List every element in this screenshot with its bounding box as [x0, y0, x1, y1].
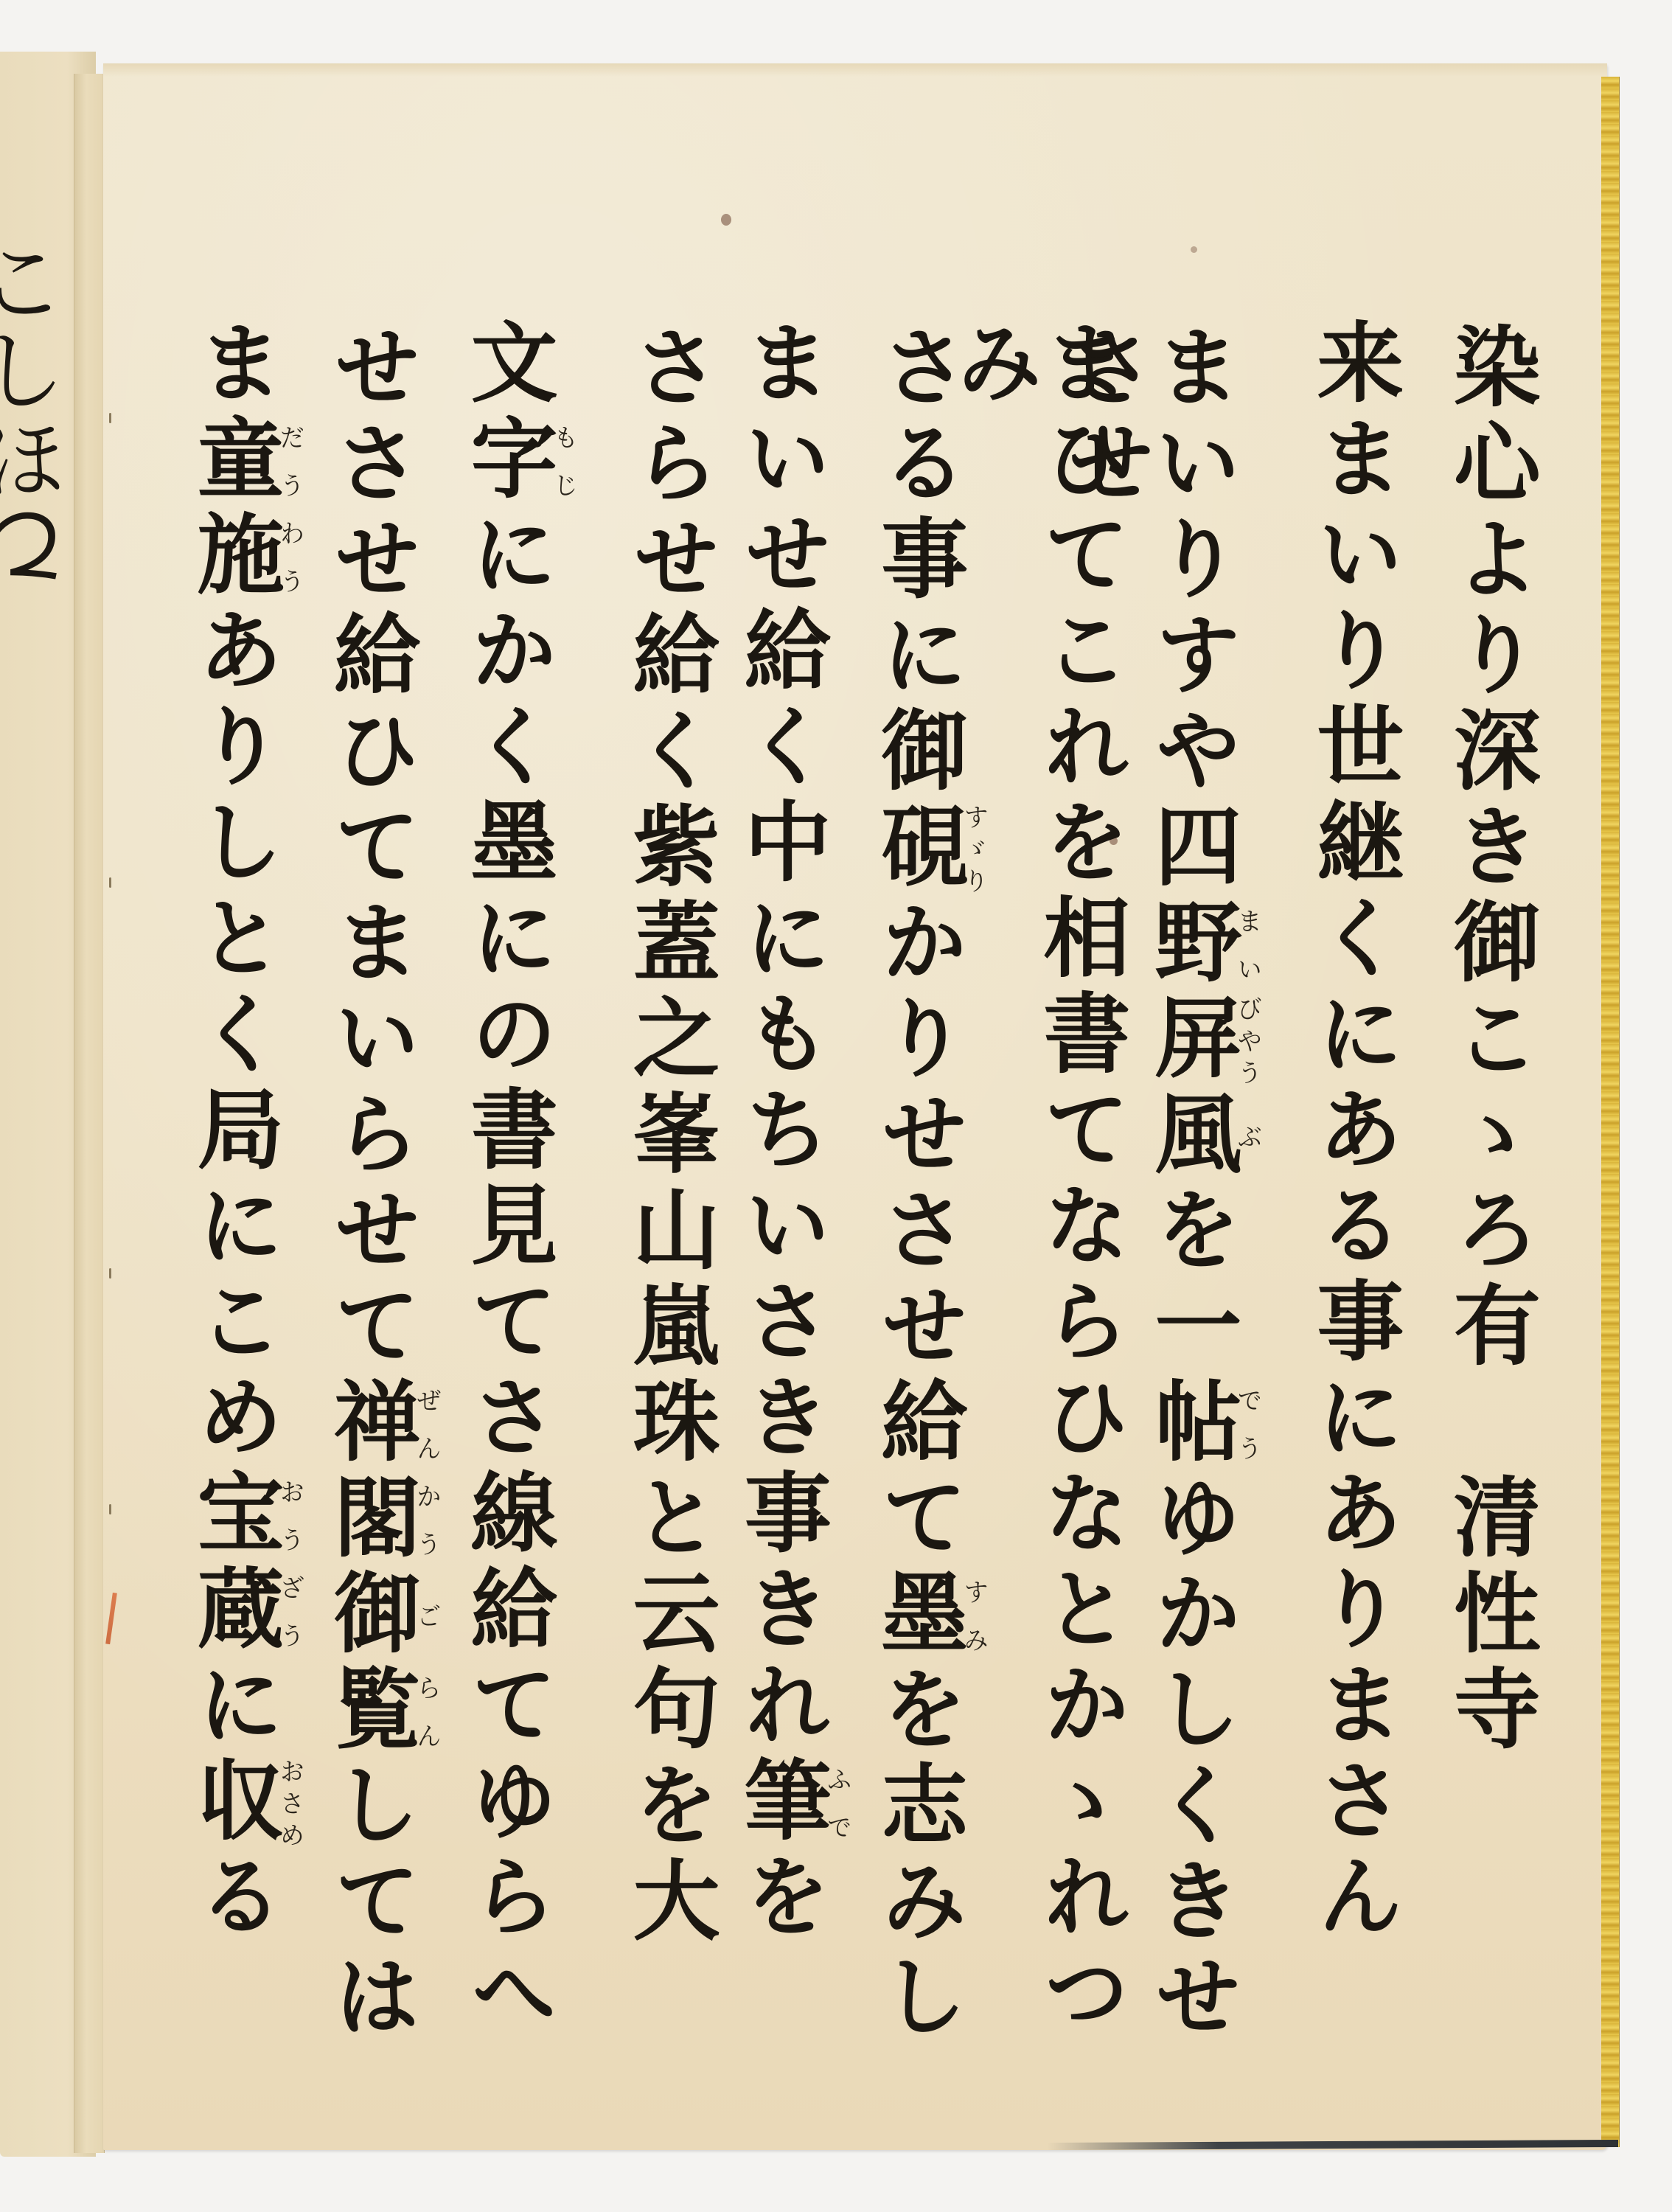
- binding-stitch: [109, 1268, 111, 1279]
- furigana: おう: [275, 1467, 304, 1563]
- furigana: かう: [412, 1472, 442, 1568]
- furigana-annotated-word: 字もじ: [456, 413, 559, 509]
- text-column-1: 染心より深き御こゝろ有 清性寺: [1423, 321, 1533, 2106]
- text-column-10: ま童だう施わうありしとく局にこめ宝おう蔵ざうに収おさめる: [192, 317, 302, 2101]
- text-segment: 局にこめ: [183, 1084, 285, 1467]
- furigana: すみ: [959, 1568, 989, 1663]
- binding-stitch: [109, 1504, 111, 1514]
- text-column-5: さる事に御硯すゞりかりせさせ給て墨すみを志みし: [876, 321, 986, 2106]
- furigana-annotated-word: 筆ふで: [730, 1755, 832, 1851]
- furigana: まい: [1233, 897, 1262, 992]
- furigana: びやう: [1233, 992, 1262, 1088]
- furigana-annotated-word: 覧らん: [319, 1663, 422, 1759]
- furigana-annotated-word: 墨すみ: [866, 1568, 969, 1663]
- text-column-4: まひてこれを相書てならひなとかゝれつみ: [1012, 317, 1123, 2101]
- furigana-annotated-word: 硯すゞり: [866, 801, 969, 897]
- furigana: だう: [275, 413, 304, 509]
- furigana-annotated-word: 野まい: [1140, 897, 1242, 992]
- gilt-page-edge: [1601, 77, 1620, 2147]
- text-segment: を一: [1140, 1184, 1242, 1376]
- furigana: らん: [412, 1663, 442, 1759]
- text-segment: ま: [183, 317, 285, 413]
- text-segment: と云句を大: [619, 1472, 721, 1951]
- binding-stitch: [109, 413, 111, 423]
- furigana: ぶ: [1233, 1088, 1262, 1184]
- paper-stain: [1191, 246, 1197, 253]
- text-segment: る: [183, 1851, 285, 1947]
- text-segment: まいせ給く中にもちいさき事きれ: [730, 317, 832, 1755]
- book-gutter: [74, 74, 105, 2153]
- text-segment: を: [730, 1851, 832, 1947]
- previous-page-text: こしほ𛀁: [0, 236, 59, 590]
- text-column-8: 文字もじにかく墨にの書見てさ線給てゆらへ: [465, 317, 576, 2101]
- paper-stain: [721, 214, 731, 226]
- calligraphy-text-block: 染心より深き御こゝろ有 清性寺 来まいり世継くにある事にありまさん まいりすや四…: [192, 317, 1533, 2101]
- text-segment: せさせ給ひてまいらせて: [319, 321, 422, 1376]
- binding-stitch: [109, 877, 111, 888]
- furigana-annotated-word: 禅ぜん: [319, 1376, 422, 1472]
- text-segment: 染心より深き御こゝろ有 清性寺: [1439, 321, 1542, 1759]
- furigana: すゞり: [959, 801, 989, 897]
- furigana-annotated-word: 蔵ざう: [183, 1563, 285, 1659]
- text-segment: かりせさせ給て: [866, 897, 969, 1568]
- furigana-annotated-word: 御ご: [319, 1568, 422, 1663]
- text-segment: に: [183, 1659, 285, 1755]
- text-column-2: 来まいり世継くにある事にありまさん: [1286, 317, 1396, 2101]
- furigana-annotated-word: 屏びやう: [1140, 992, 1242, 1088]
- furigana: もじ: [548, 413, 578, 509]
- text-segment: 文: [456, 317, 559, 413]
- furigana-annotated-word: 収おさめ: [183, 1755, 285, 1851]
- text-segment: にかく墨にの書見て: [456, 509, 559, 1371]
- furigana: ふで: [822, 1755, 851, 1851]
- text-segment: を志みし: [866, 1663, 969, 2047]
- text-column-6: まいせ給く中にもちいさき事きれ筆ふでを: [739, 317, 849, 2101]
- text-segment: ありしとく: [183, 605, 285, 1084]
- furigana-annotated-word: 風ぶ: [1140, 1088, 1242, 1184]
- furigana: おさめ: [275, 1755, 304, 1851]
- furigana: でう: [1233, 1376, 1262, 1472]
- text-segment: 来まいり世継くにある事にありまさん: [1302, 317, 1404, 1947]
- text-column-3: まいりすや四野まい屏びやう風ぶを一帖でうゆかしくきせさせ: [1149, 321, 1260, 2106]
- furigana: ぜん: [412, 1376, 442, 1472]
- furigana-annotated-word: 宝おう: [183, 1467, 285, 1563]
- furigana: ざう: [275, 1563, 304, 1659]
- furigana-annotated-word: 閣かう: [319, 1472, 422, 1568]
- furigana-annotated-word: 施わう: [183, 509, 285, 605]
- text-column-9: せさせ給ひてまいらせて禅ぜん閣かう御ご覧らんしては: [329, 321, 439, 2106]
- text-segment: しては: [319, 1759, 422, 2047]
- text-segment: さ線給てゆらへ: [456, 1371, 559, 2042]
- furigana: ご: [412, 1568, 442, 1663]
- text-segment: さる事に御: [866, 321, 969, 801]
- furigana-annotated-word: 童だう: [183, 413, 285, 509]
- text-segment: 紫蓋之峯山嵐珠: [619, 801, 721, 1472]
- text-column-7: さらせ給く紫蓋之峯山嵐珠と云句を大: [602, 321, 713, 2106]
- text-segment: さらせ給く: [619, 321, 721, 801]
- page-top-edge: [103, 63, 1607, 77]
- furigana: わう: [275, 509, 304, 605]
- furigana-annotated-word: 帖でう: [1140, 1376, 1242, 1472]
